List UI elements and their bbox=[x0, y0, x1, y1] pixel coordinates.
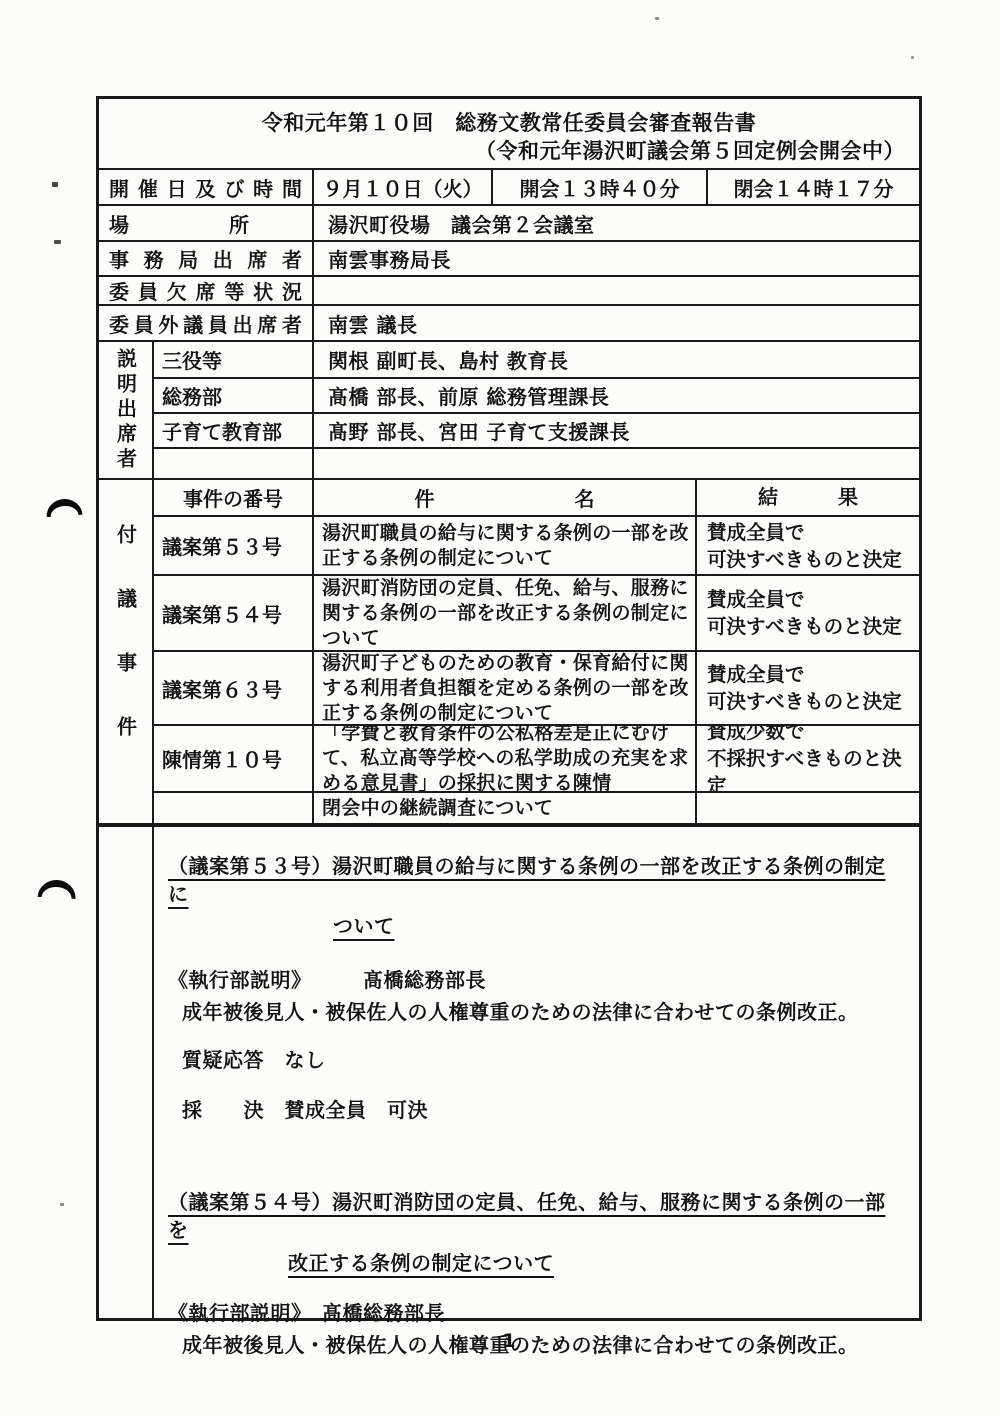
agenda-section-label-cell: 付議事件 bbox=[99, 480, 154, 824]
place-row: 場 所 湯沢町役場 議会第２会議室 bbox=[99, 204, 919, 240]
scan-speck bbox=[52, 182, 58, 187]
explainer-row: 子育て教育部 髙野 部長、宮田 子育て支援課長 bbox=[154, 412, 919, 447]
explainers-section-label: 説明出席者 bbox=[116, 348, 136, 473]
explainer-label: 総務部 bbox=[154, 379, 312, 412]
close-time-cell: 閉会１４時１７分 bbox=[706, 170, 919, 204]
minutes-item2-heading-line1: （議案第５４号）湯沢町消防団の定員、任免、給与、服務に関する条例の一部を bbox=[168, 1188, 903, 1244]
agenda-row: 議案第５３号 湯沢町職員の給与に関する条例の一部を改正する条例の制定について 賛… bbox=[154, 515, 919, 574]
scan-speck bbox=[655, 17, 659, 20]
agenda-item-name: 湯沢町職員の給与に関する条例の一部を改正する条例の制定について bbox=[312, 517, 695, 574]
report-title-block: 令和元年第１０回 総務文教常任委員会審査報告書 （令和元年湯沢町議会第５回定例会… bbox=[99, 99, 919, 168]
explainer-value: 関根 副町長、島村 教育長 bbox=[312, 342, 919, 377]
explainers-section: 説明出席者 三役等 関根 副町長、島村 教育長 総務部 髙橋 部長、前原 総務管… bbox=[99, 340, 919, 478]
minutes-box: （議案第５３号）湯沢町職員の給与に関する条例の一部を改正する条例の制定に ついて… bbox=[96, 823, 922, 1321]
minutes-item1-exec-detail: 成年被後見人・被保佐人の人権尊重のための法律に合わせての条例改正。 bbox=[168, 998, 903, 1026]
scan-artifact-arc bbox=[38, 879, 77, 899]
absence-row: 委員欠席等状況 bbox=[99, 275, 919, 304]
agenda-item-name: 湯沢町消防団の定員、任免、給与、服務に関する条例の一部を改正する条例の制定につい… bbox=[312, 576, 695, 650]
minutes-left-margin-cell bbox=[99, 826, 154, 1318]
agenda-row: 議案第５４号 湯沢町消防団の定員、任免、給与、服務に関する条例の一部を改正する条… bbox=[154, 574, 919, 650]
explainer-row bbox=[154, 447, 919, 478]
datetime-row: 開催日及び時間 ９月１０日（火） 開会１３時４０分 閉会１４時１７分 bbox=[99, 168, 919, 204]
explainer-label: 三役等 bbox=[154, 342, 312, 377]
minutes-item2-heading-line2: 改正する条例の制定について bbox=[288, 1251, 554, 1275]
agenda-item-result bbox=[695, 793, 919, 824]
agenda-row: 閉会中の継続調査について bbox=[154, 791, 919, 824]
minutes-item1-heading-line1: （議案第５３号）湯沢町職員の給与に関する条例の一部を改正する条例の制定に bbox=[168, 852, 903, 908]
minutes-item2-exec-line: 《執行部説明》 髙橋総務部長 bbox=[168, 1299, 903, 1327]
agenda-row: 陳情第１０号 「学費と教育条件の公私格差是正にむけて、私立髙等学校への私学助成の… bbox=[154, 724, 919, 791]
agenda-item-result: 賛成全員で 可決すべきものと決定 bbox=[695, 576, 919, 650]
explainer-label bbox=[154, 449, 312, 478]
explainer-row: 総務部 髙橋 部長、前原 総務管理課長 bbox=[154, 377, 919, 412]
nonmember-label-cell: 委員外議員出席者 bbox=[99, 306, 312, 340]
agenda-item-number: 議案第５３号 bbox=[154, 517, 312, 574]
agenda-row: 議案第６３号 湯沢町子どものための教育・保育給付に関する利用者負担額を定める条例… bbox=[154, 650, 919, 724]
page-number: 1 bbox=[96, 1330, 922, 1352]
explainers-section-label-cell: 説明出席者 bbox=[99, 342, 154, 478]
date-cell: ９月１０日（火） bbox=[312, 170, 491, 204]
explainer-label: 子育て教育部 bbox=[154, 414, 312, 447]
explainer-value bbox=[312, 449, 919, 478]
open-time-cell: 開会１３時４０分 bbox=[491, 170, 706, 204]
agenda-item-name: 「学費と教育条件の公私格差是正にむけて、私立髙等学校への私学助成の充実を求める意… bbox=[312, 726, 695, 791]
nonmember-value: 南雲 議長 bbox=[312, 306, 919, 340]
agenda-item-number: 議案第６３号 bbox=[154, 652, 312, 724]
agenda-header-number: 事件の番号 bbox=[154, 480, 312, 515]
minutes-content: （議案第５３号）湯沢町職員の給与に関する条例の一部を改正する条例の制定に ついて… bbox=[154, 826, 919, 1318]
agenda-item-result: 賛成全員で 可決すべきものと決定 bbox=[695, 652, 919, 724]
datetime-label-cell: 開催日及び時間 bbox=[99, 170, 312, 204]
agenda-item-number: 陳情第１０号 bbox=[154, 726, 312, 791]
scan-speck bbox=[911, 56, 914, 59]
place-label-cell: 場 所 bbox=[99, 206, 312, 240]
place-label: 場 所 bbox=[109, 209, 302, 238]
minutes-item1-qa-line: 質疑応答 なし bbox=[168, 1046, 903, 1074]
nonmember-row: 委員外議員出席者 南雲 議長 bbox=[99, 304, 919, 340]
agenda-item-name: 閉会中の継続調査について bbox=[312, 793, 695, 824]
agenda-section-label: 付議事件 bbox=[116, 524, 136, 780]
minutes-item1-vote-line: 採 決 賛成全員 可決 bbox=[168, 1096, 903, 1124]
agenda-item-result: 賛成全員で 可決すべきものと決定 bbox=[695, 517, 919, 574]
agenda-section: 付議事件 事件の番号 件 名 結 果 議案第５３号 湯沢町職員の給与に関する条例… bbox=[99, 478, 919, 824]
agenda-header-name: 件 名 bbox=[312, 480, 695, 515]
scan-speck bbox=[54, 240, 61, 244]
place-value: 湯沢町役場 議会第２会議室 bbox=[312, 206, 919, 240]
minutes-item1-heading-line2: ついて bbox=[333, 914, 395, 938]
scan-speck bbox=[60, 1203, 64, 1206]
absence-value bbox=[312, 277, 919, 304]
agenda-header-row: 事件の番号 件 名 結 果 bbox=[154, 480, 919, 515]
agenda-item-number: 議案第５４号 bbox=[154, 576, 312, 650]
explainer-value: 髙野 部長、宮田 子育て支援課長 bbox=[312, 414, 919, 447]
secretariat-label: 事務局出席者 bbox=[109, 244, 302, 273]
datetime-label: 開催日及び時間 bbox=[109, 173, 302, 202]
secretariat-row: 事務局出席者 南雲事務局長 bbox=[99, 240, 919, 275]
explainer-value: 髙橋 部長、前原 総務管理課長 bbox=[312, 379, 919, 412]
secretariat-label-cell: 事務局出席者 bbox=[99, 242, 312, 275]
secretariat-value: 南雲事務局長 bbox=[312, 242, 919, 275]
agenda-item-result: 賛成少数で 不採択すべきものと決定 bbox=[695, 726, 919, 791]
nonmember-label: 委員外議員出席者 bbox=[109, 309, 302, 338]
scan-artifact-arc bbox=[45, 498, 82, 517]
agenda-item-name: 湯沢町子どものための教育・保育給付に関する利用者負担額を定める条例の一部を改正す… bbox=[312, 652, 695, 724]
agenda-header-result: 結 果 bbox=[695, 480, 919, 515]
absence-label-cell: 委員欠席等状況 bbox=[99, 277, 312, 304]
report-table: 令和元年第１０回 総務文教常任委員会審査報告書 （令和元年湯沢町議会第５回定例会… bbox=[96, 96, 922, 827]
agenda-item-number bbox=[154, 793, 312, 824]
explainer-row: 三役等 関根 副町長、島村 教育長 bbox=[154, 342, 919, 377]
report-subtitle: （令和元年湯沢町議会第５回定例会開会中） bbox=[99, 137, 919, 165]
document-page: 令和元年第１０回 総務文教常任委員会審査報告書 （令和元年湯沢町議会第５回定例会… bbox=[0, 0, 1000, 1416]
absence-label: 委員欠席等状況 bbox=[109, 277, 302, 304]
minutes-item1-exec-line: 《執行部説明》 髙橋総務部長 bbox=[168, 966, 903, 994]
report-title: 令和元年第１０回 総務文教常任委員会審査報告書 bbox=[99, 109, 919, 137]
